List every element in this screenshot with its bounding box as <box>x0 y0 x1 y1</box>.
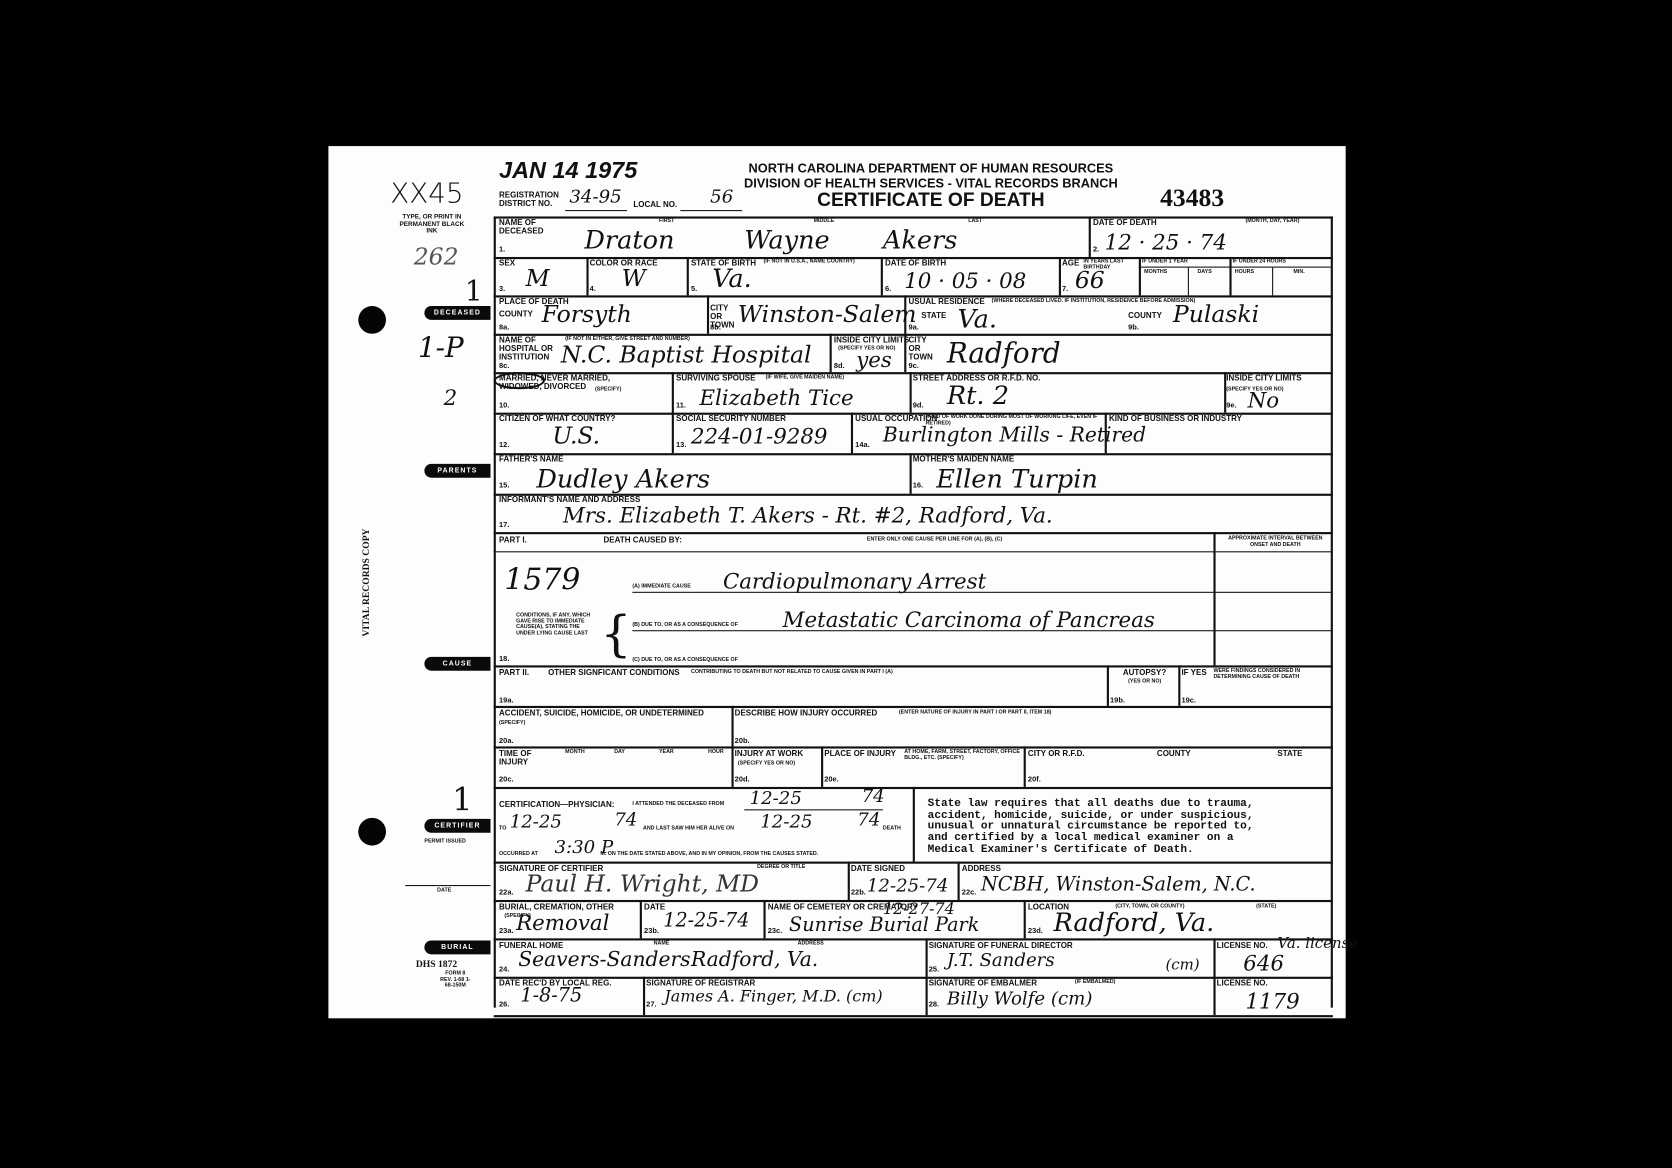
state-of-birth-hint: (IF NOT IN U.S.A., NAME COUNTRY) <box>763 259 855 265</box>
hours-label: HOURS <box>1235 270 1254 276</box>
burial-date-label: DATE <box>644 903 665 911</box>
hour-label: HOUR <box>708 750 724 756</box>
burial-location-value: Radford, Va. <box>1054 907 1215 937</box>
divider <box>405 885 490 886</box>
divider <box>687 257 689 295</box>
embalmer-license-label: LICENSE NO. <box>1217 979 1268 987</box>
divider <box>1188 268 1189 296</box>
divider <box>1089 216 1091 257</box>
race-value: W <box>622 266 646 293</box>
embalmer-signature-value: Billy Wolfe (cm) <box>947 988 1093 1009</box>
form-revision: FORM 8 REV. 1-68 1-68-150M <box>439 971 471 989</box>
binder-hole <box>358 306 386 334</box>
margin-number: 262 <box>414 244 459 271</box>
marital-status-hint: (SPECIFY) <box>595 387 621 393</box>
margin-code: XX45 <box>390 178 463 210</box>
minutes-label: MIN. <box>1293 270 1304 276</box>
divider <box>1213 630 1332 631</box>
row-line <box>494 977 1333 979</box>
certifier-address-value: NCBH, Winston-Salem, N.C. <box>981 873 1256 895</box>
medical-examiner-notice: State law requires that all deaths due t… <box>928 799 1254 856</box>
sex-value: M <box>526 266 550 293</box>
death-label: DEATH <box>883 826 901 832</box>
funeral-director-suffix: (cm) <box>1165 956 1199 973</box>
funeral-home-address-value: Radford, Va. <box>691 948 818 971</box>
last-name-label: LAST <box>968 219 982 225</box>
part-2-label: PART II. <box>499 669 529 677</box>
divider <box>672 372 674 413</box>
section-tab-burial: BURIAL <box>424 940 490 954</box>
funeral-home-value: Seavers-Sanders <box>518 948 690 971</box>
last-seen-label: AND LAST SAW HIM HER ALIVE ON <box>643 826 734 832</box>
divider <box>1107 665 1109 706</box>
hospital-label: NAME OF HOSPITAL OR INSTITUTION <box>499 336 559 361</box>
embalmer-signature-label: SIGNATURE OF EMBALMER <box>929 979 1037 987</box>
burial-date-value: 12-25-74 <box>663 910 749 932</box>
divider <box>632 592 1213 593</box>
divider <box>1272 268 1273 296</box>
interval-label: APPROXIMATE INTERVAL BETWEEN ONSET AND D… <box>1226 536 1324 548</box>
divider <box>1024 746 1026 787</box>
divider <box>1139 267 1331 268</box>
margin-mark: 1 <box>452 782 472 819</box>
residence-state-label: STATE <box>921 311 946 319</box>
date-of-death-label: DATE OF DEATH <box>1093 219 1157 227</box>
funeral-home-address-label: ADDRESS <box>798 942 824 948</box>
last-name-value: Akers <box>883 225 958 255</box>
embalmer-license-value: 1179 <box>1245 988 1299 1014</box>
director-license-label: LICENSE NO. <box>1217 942 1268 950</box>
divider <box>910 453 912 494</box>
divider <box>1105 413 1107 454</box>
director-license-value: 646 <box>1243 950 1284 976</box>
father-name-label: FATHER'S NAME <box>499 455 563 463</box>
divider <box>565 210 627 211</box>
certifier-signature-value: Paul H. Wright, MD <box>526 871 759 898</box>
cemetery-value: Sunrise Burial Park <box>789 914 979 936</box>
divider <box>1024 900 1026 938</box>
divider <box>904 295 906 333</box>
section-tab-certifier: CERTIFIER <box>424 819 490 833</box>
mother-maiden-name-value: Ellen Turpin <box>936 464 1098 494</box>
certifier-address-label: ADDRESS <box>962 865 1001 873</box>
binder-hole <box>358 818 386 846</box>
ssn-value: 224-01-9289 <box>691 423 828 449</box>
page-title: CERTIFICATE OF DEATH <box>680 189 1181 211</box>
autopsy-hint: (YES OR NO) <box>1128 679 1161 685</box>
if-yes-label: IF YES <box>1181 669 1206 677</box>
time-of-injury-label: TIME OF INJURY <box>499 750 542 767</box>
divider <box>1229 257 1231 295</box>
divider <box>904 334 906 372</box>
father-name-value: Dudley Akers <box>536 464 710 494</box>
name-label: NAME OF DECEASED <box>499 219 552 236</box>
permit-issued-label: Permit issued <box>424 839 465 845</box>
residence-city-value: Radford <box>947 338 1061 370</box>
section-tab-deceased: DECEASED <box>424 306 490 320</box>
embalmer-hint: (IF EMBALMED) <box>1075 980 1116 986</box>
conditions-note: CONDITIONS, IF ANY, WHICH GAVE RISE TO I… <box>516 613 591 636</box>
citizen-label: CITIZEN OF WHAT COUNTRY? <box>499 415 615 423</box>
degree-label: DEGREE OR TITLE <box>757 865 805 871</box>
marital-selected-circle <box>494 372 545 389</box>
cause-instruction: ENTER ONLY ONE CAUSE PER LINE FOR (a), (… <box>867 537 1002 543</box>
autopsy-label: AUTOPSY? <box>1123 669 1166 677</box>
director-license-note: Va. license <box>1277 935 1358 952</box>
divider <box>586 257 588 295</box>
divider <box>881 257 883 295</box>
injury-county-label: COUNTY <box>1157 750 1191 758</box>
burial-location-state-hint: (STATE) <box>1256 904 1276 910</box>
other-conditions-label: OTHER SIGNFICANT CONDITIONS <box>548 669 680 677</box>
received-stamp: JAN 14 1975 <box>499 157 637 185</box>
registrar-signature-value: James A. Finger, M.D. (cm) <box>664 986 882 1005</box>
injury-description-label: DESCRIBE HOW INJURY OCCURRED <box>735 709 878 717</box>
surviving-spouse-hint: (IF WIFE, GIVE MAIDEN NAME) <box>766 375 844 381</box>
divider <box>632 630 1213 631</box>
residence-county-label: COUNTY <box>1128 311 1162 319</box>
date-of-death-value: 12 · 25 · 74 <box>1105 229 1227 255</box>
divider <box>848 862 850 900</box>
middle-name-value: Wayne <box>744 225 829 255</box>
injury-at-work-label: INJURY AT WORK <box>735 750 803 758</box>
agency-line-1: NORTH CAROLINA DEPARTMENT OF HUMAN RESOU… <box>680 161 1181 176</box>
consequence-b-value: Metastatic Carcinoma of Pancreas <box>783 607 1155 633</box>
injury-at-work-hint: (SPECIFY YES OR NO) <box>738 761 795 767</box>
first-name-value: Draton <box>584 225 674 255</box>
place-of-injury-hint: AT HOME, FARM, STREET, FACTORY, OFFICE B… <box>904 750 1023 762</box>
registration-district-value: 34-95 <box>569 187 621 208</box>
injury-city-label: CITY OR R.F.D. <box>1028 750 1085 758</box>
injury-description-hint: (ENTER NATURE OF INJURY IN PART I OR PAR… <box>899 710 1052 716</box>
age-value: 66 <box>1075 268 1105 295</box>
divider <box>926 977 928 1015</box>
consequence-b-label: (b) DUE TO, OR AS A CONSEQUENCE OF <box>632 623 738 629</box>
residence-inside-city-label: INSIDE CITY LIMITS <box>1226 374 1301 382</box>
cause-code: 1579 <box>504 562 580 597</box>
row-line <box>494 216 1333 218</box>
ssn-label: SOCIAL SECURITY NUMBER <box>676 415 786 423</box>
months-label: MONTHS <box>1144 270 1167 276</box>
divider <box>672 413 674 454</box>
residence-county-value: Pulaski <box>1173 302 1259 329</box>
row-line <box>494 1015 1333 1017</box>
local-no-label: LOCAL NO. <box>633 200 677 208</box>
date-signed-value: 12-25-74 <box>867 875 948 896</box>
funeral-director-label: SIGNATURE OF FUNERAL DIRECTOR <box>929 942 1073 950</box>
month-label: MONTH <box>565 750 585 756</box>
hospital-value: N.C. Baptist Hospital <box>561 342 812 369</box>
row-line <box>494 532 1333 534</box>
attended-to-date: 12-25 <box>510 811 562 832</box>
attended-from-year: 74 <box>862 786 885 807</box>
under-1-year-label: IF UNDER 1 YEAR <box>1142 259 1188 265</box>
residence-state-value: Va. <box>958 304 998 334</box>
death-certificate: JAN 14 1975 NORTH CAROLINA DEPARTMENT OF… <box>328 146 1345 1018</box>
citizen-value: U.S. <box>552 423 600 450</box>
divider <box>763 900 765 938</box>
place-of-injury-label: PLACE OF INJURY <box>824 750 896 758</box>
divider <box>707 295 709 333</box>
ink-instructions: TYPE, OR PRINT IN PERMANENT BLACK INK <box>395 214 470 235</box>
funeral-home-name-label: NAME <box>654 942 670 948</box>
inside-city-limits-label: INSIDE CITY LIMITS <box>834 336 909 344</box>
last-seen-date: 12-25 <box>760 811 812 832</box>
first-name-label: FIRST <box>659 219 674 225</box>
death-caused-by-label: DEATH CAUSED BY: <box>604 536 682 544</box>
divider <box>913 787 915 862</box>
divider <box>910 372 912 413</box>
section-tab-cause: CAUSE <box>424 657 490 671</box>
occurred-statement: M. ON THE DATE STATED ABOVE, AND IN MY O… <box>600 852 818 858</box>
year-label: YEAR <box>659 750 674 756</box>
divider <box>731 706 733 747</box>
disposition-value: Removal <box>516 910 609 936</box>
date-format-hint: (MONTH, DAY, YEAR) <box>1245 219 1299 225</box>
margin-mark: 1-P <box>418 333 464 365</box>
findings-hint: WERE FINDINGS CONSIDERED IN DETERMINING … <box>1213 669 1328 681</box>
divider <box>494 551 1333 552</box>
day-label: DAY <box>614 750 625 756</box>
immediate-cause-value: Cardiopulmonary Arrest <box>723 568 986 594</box>
county-of-death-value: Forsyth <box>542 302 632 329</box>
occurred-at-label: OCCURRED AT <box>499 852 538 858</box>
divider <box>830 334 832 372</box>
residence-city-label: CITY OR TOWN <box>908 336 940 361</box>
usual-residence-hint: (WHERE DECEASED LIVED. IF INSTITUTION, R… <box>992 299 1196 305</box>
inside-city-limits-value: yes <box>856 347 892 373</box>
date-label: Date <box>437 888 451 894</box>
divider <box>640 900 642 938</box>
street-address-value: Rt. 2 <box>947 381 1009 411</box>
divider <box>1059 257 1061 295</box>
divider <box>643 977 645 1015</box>
local-no-value: 56 <box>710 187 733 208</box>
row-line <box>494 938 1333 940</box>
section-tab-parents: PARENTS <box>424 464 490 478</box>
form-id: DHS 1872 <box>416 959 457 970</box>
part-1-label: PART I. <box>499 536 527 544</box>
surviving-spouse-value: Elizabeth Tice <box>699 385 853 411</box>
under-24-hours-label: IF UNDER 24 HOURS <box>1233 259 1286 265</box>
divider <box>1139 257 1141 295</box>
informant-value: Mrs. Elizabeth T. Akers - Rt. #2, Radfor… <box>563 502 1053 528</box>
divider <box>680 210 742 211</box>
county-label: COUNTY <box>499 310 533 318</box>
residence-inside-city-value: No <box>1248 387 1280 413</box>
divider <box>851 413 853 454</box>
days-label: DAYS <box>1197 270 1211 276</box>
accident-hint: (SPECIFY) <box>499 721 525 727</box>
mother-maiden-name-label: MOTHER'S MAIDEN NAME <box>913 455 1014 463</box>
injury-state-label: STATE <box>1277 750 1302 758</box>
brace-icon: { <box>600 605 631 663</box>
divider <box>1178 665 1180 706</box>
sex-label: SEX <box>499 259 515 267</box>
document-stage: JAN 14 1975 NORTH CAROLINA DEPARTMENT OF… <box>0 0 1672 1168</box>
surviving-spouse-label: SURVIVING SPOUSE <box>676 374 755 382</box>
state-of-birth-value: Va. <box>712 263 752 293</box>
date-of-birth-value: 10 · 05 · 08 <box>904 268 1026 294</box>
city-of-death-value: Winston-Salem <box>738 302 917 329</box>
date-received-value: 1-8-75 <box>520 984 582 1006</box>
divider <box>821 746 823 787</box>
margin-mark: 1 <box>465 276 483 308</box>
age-label: AGE <box>1062 259 1079 267</box>
certification-label: CERTIFICATION—PHYSICIAN: <box>499 801 614 809</box>
vertical-records-copy-label: VITAL RECORDS COPY <box>360 529 371 637</box>
middle-name-label: MIDDLE <box>814 219 834 225</box>
certificate-number: 43483 <box>1160 184 1224 213</box>
attended-from-label: I ATTENDED THE DECEASED FROM <box>632 802 724 808</box>
registration-district-label: REGISTRATION DISTRICT NO. <box>499 191 563 208</box>
last-seen-year: 74 <box>857 809 880 830</box>
divider <box>926 938 928 976</box>
attended-from-date: 12-25 <box>750 788 802 809</box>
date-signed-label: DATE SIGNED <box>851 865 905 873</box>
other-conditions-hint: CONTRIBUTING TO DEATH BUT NOT RELATED TO… <box>691 670 893 676</box>
row-line <box>494 862 1333 864</box>
funeral-director-value: J.T. Sanders <box>947 950 1055 971</box>
divider <box>1213 592 1332 593</box>
accident-label: ACCIDENT, SUICIDE, HOMICIDE, OR UNDETERM… <box>499 709 704 717</box>
immediate-cause-label: (a) IMMEDIATE CAUSE <box>632 584 691 590</box>
margin-mark: 2 <box>444 385 458 411</box>
date-of-birth-label: DATE OF BIRTH <box>885 259 946 267</box>
divider <box>731 746 733 787</box>
business-label: KIND OF BUSINESS OR INDUSTRY <box>1109 415 1242 423</box>
consequence-c-label: (c) DUE TO, OR AS A CONSEQUENCE OF <box>632 658 738 664</box>
divider <box>958 862 960 900</box>
attended-to-year: 74 <box>614 809 637 830</box>
